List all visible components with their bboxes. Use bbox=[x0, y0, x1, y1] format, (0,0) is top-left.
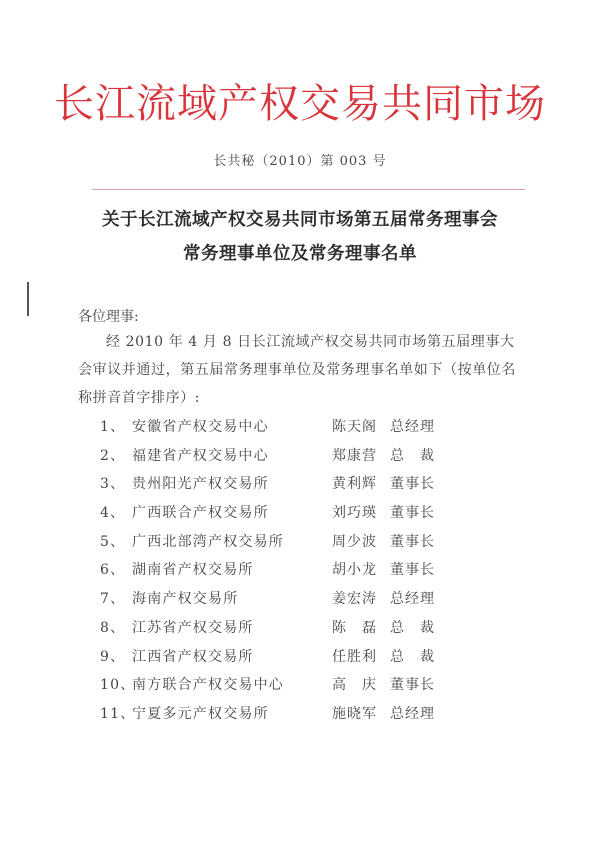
member-list: 1、安徽省产权交易中心陈天阁总经理2、福建省产权交易中心郑康营总 裁3、贵州阳光… bbox=[100, 416, 460, 732]
list-item: 4、广西联合产权交易所刘巧瑛董事长 bbox=[100, 502, 460, 531]
member-name: 施晓军 bbox=[332, 703, 377, 723]
member-organization: 湖南省产权交易所 bbox=[132, 559, 254, 579]
list-item: 6、湖南省产权交易所胡小龙董事长 bbox=[100, 559, 460, 588]
list-item: 3、贵州阳光产权交易所黄利辉董事长 bbox=[100, 473, 460, 502]
member-name: 高 庆 bbox=[332, 674, 377, 694]
body-paragraph: 经 2010 年 4 月 8 日长江流域产权交易共同市场第五届理事大会审议并通过… bbox=[78, 328, 528, 412]
member-organization: 江苏省产权交易所 bbox=[132, 617, 254, 637]
list-item: 10、南方联合产权交易中心高 庆董事长 bbox=[100, 674, 460, 703]
member-organization: 宁夏多元产权交易所 bbox=[132, 703, 269, 723]
member-title: 董事长 bbox=[390, 531, 435, 551]
list-item: 5、广西北部湾产权交易所周少波董事长 bbox=[100, 531, 460, 560]
member-name: 陈天阁 bbox=[332, 416, 377, 436]
masthead-title: 长江流域产权交易共同市场 bbox=[0, 82, 600, 126]
member-organization: 南方联合产权交易中心 bbox=[132, 674, 284, 694]
list-item: 2、福建省产权交易中心郑康营总 裁 bbox=[100, 445, 460, 474]
member-name: 黄利辉 bbox=[332, 473, 377, 493]
subject-line-2: 常务理事单位及常务理事名单 bbox=[0, 240, 600, 265]
greeting: 各位理事: bbox=[78, 306, 139, 326]
margin-mark bbox=[27, 282, 29, 316]
member-title: 总 裁 bbox=[390, 445, 435, 465]
member-title: 总经理 bbox=[390, 588, 435, 608]
member-organization: 海南产权交易所 bbox=[132, 588, 238, 608]
member-name: 郑康营 bbox=[332, 445, 377, 465]
member-name: 周少波 bbox=[332, 531, 377, 551]
member-organization: 广西北部湾产权交易所 bbox=[132, 531, 284, 551]
member-name: 胡小龙 bbox=[332, 559, 377, 579]
member-name: 姜宏涛 bbox=[332, 588, 377, 608]
member-title: 董事长 bbox=[390, 502, 435, 522]
member-organization: 安徽省产权交易中心 bbox=[132, 416, 269, 436]
member-organization: 广西联合产权交易所 bbox=[132, 502, 269, 522]
header-divider bbox=[92, 189, 525, 190]
member-organization: 福建省产权交易中心 bbox=[132, 445, 269, 465]
list-item: 7、海南产权交易所姜宏涛总经理 bbox=[100, 588, 460, 617]
member-name: 刘巧瑛 bbox=[332, 502, 377, 522]
member-title: 总经理 bbox=[390, 416, 435, 436]
member-title: 董事长 bbox=[390, 559, 435, 579]
document-number: 长共秘（2010）第 003 号 bbox=[0, 150, 600, 169]
list-item: 9、江西省产权交易所任胜利总 裁 bbox=[100, 646, 460, 675]
list-item: 11、宁夏多元产权交易所施晓军总经理 bbox=[100, 703, 460, 732]
member-title: 总 裁 bbox=[390, 617, 435, 637]
list-item: 1、安徽省产权交易中心陈天阁总经理 bbox=[100, 416, 460, 445]
subject-line-1: 关于长江流域产权交易共同市场第五届常务理事会 bbox=[0, 206, 600, 231]
list-item: 8、江苏省产权交易所陈 磊总 裁 bbox=[100, 617, 460, 646]
member-organization: 贵州阳光产权交易所 bbox=[132, 473, 269, 493]
member-title: 董事长 bbox=[390, 473, 435, 493]
member-name: 任胜利 bbox=[332, 646, 377, 666]
member-title: 董事长 bbox=[390, 674, 435, 694]
member-organization: 江西省产权交易所 bbox=[132, 646, 254, 666]
member-name: 陈 磊 bbox=[332, 617, 377, 637]
member-title: 总经理 bbox=[390, 703, 435, 723]
member-title: 总 裁 bbox=[390, 646, 435, 666]
